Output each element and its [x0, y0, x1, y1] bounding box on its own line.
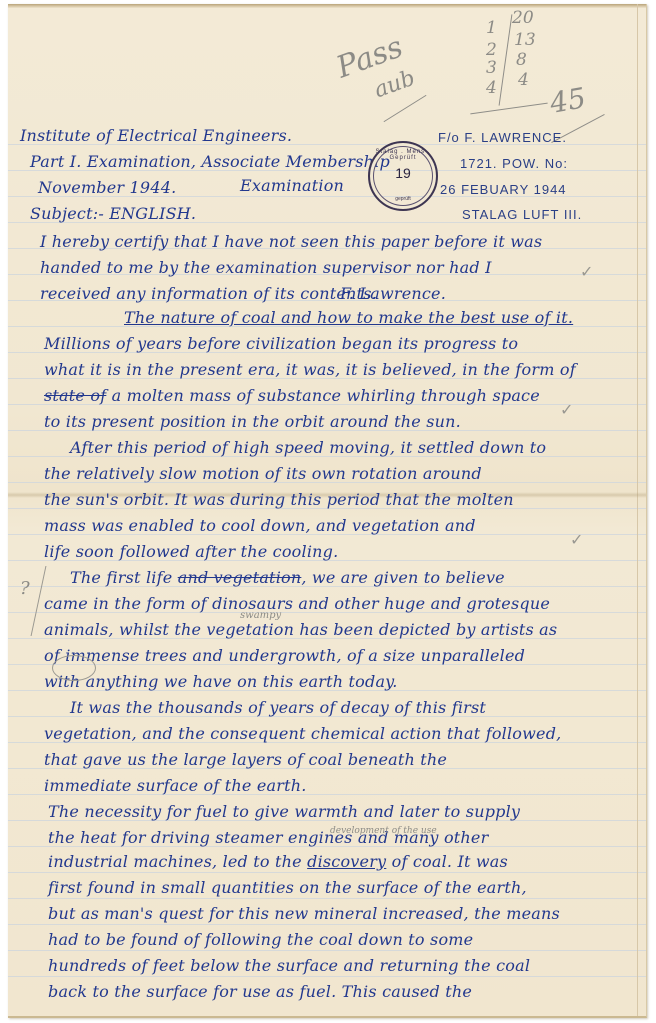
checkmark-icon: ✓ [570, 530, 583, 549]
stamp-number: 19 [370, 165, 436, 181]
essay-line: industrial machines, led to the discover… [48, 852, 508, 871]
essay-line: life soon followed after the cooling. [44, 542, 338, 561]
certification-line: I hereby certify that I have not seen th… [40, 232, 542, 251]
ruled-line [8, 872, 646, 873]
exam-subject: Subject:- ENGLISH. [30, 204, 196, 223]
essay-line: the sun's orbit. It was during this peri… [44, 490, 514, 509]
ruled-line [8, 924, 646, 925]
margin-note-development: development of the use [330, 826, 437, 836]
essay-title: The nature of coal and how to make the b… [124, 308, 573, 327]
stamp-ring-text: Stalag . Mens . Geprüft [370, 149, 436, 161]
essay-line: what it is in the present era, it was, i… [44, 360, 576, 379]
essay-text: of coal. It was [392, 852, 508, 871]
right-margin-line [637, 4, 638, 1016]
essay-line: The first life and vegetation, we are gi… [70, 568, 505, 587]
essay-line: had to be found of following the coal do… [48, 930, 473, 949]
essay-line: Millions of years before civilization be… [44, 334, 518, 353]
struck-text: state of [44, 386, 106, 405]
struck-text: and vegetation [178, 568, 302, 587]
essay-text: industrial machines, led to the [48, 852, 302, 871]
score-question: 4 [486, 78, 497, 98]
essay-line: animals, whilst the vegetation has been … [44, 620, 557, 639]
score-question: 2 [486, 40, 497, 60]
essay-line: that gave us the large layers of coal be… [44, 750, 447, 769]
exam-session: November 1944. [38, 178, 176, 197]
essay-line: with anything we have on this earth toda… [44, 672, 398, 691]
essay-line: hundreds of feet below the surface and r… [48, 956, 530, 975]
essay-line: came in the form of dinosaurs and other … [44, 594, 550, 613]
score-question: 3 [486, 58, 497, 78]
essay-line: state of a molten mass of substance whir… [44, 386, 540, 405]
candidate-signature: F. Lawrence. [340, 284, 446, 303]
pow-number: 1721. POW. No: [460, 156, 568, 171]
essay-line: After this period of high speed moving, … [70, 438, 546, 457]
institution-name: Institute of Electrical Engineers. [20, 126, 292, 145]
exam-date: 26 FEBUARY 1944 [440, 182, 567, 197]
margin-query-mark: ? [20, 578, 30, 599]
essay-line: It was the thousands of years of decay o… [70, 698, 486, 717]
certification-line: received any information of its contents… [40, 284, 377, 303]
essay-line: to its present position in the orbit aro… [44, 412, 461, 431]
camp-name: STALAG LUFT III. [462, 207, 582, 222]
underlined-word: discovery [307, 852, 386, 871]
essay-text: The first [70, 568, 141, 587]
censor-stamp: Stalag . Mens . Geprüft 19 geprüft [368, 141, 438, 211]
essay-line: of immense trees and undergrowth, of a s… [44, 646, 525, 665]
ruled-line [8, 950, 646, 951]
checkmark-icon: ✓ [580, 262, 593, 281]
margin-note-swampy: swampy [240, 610, 281, 621]
score-mark: 20 [512, 8, 534, 28]
essay-line: vegetation, and the consequent chemical … [44, 724, 561, 743]
ruled-line [8, 898, 646, 899]
pencil-circle-mark [52, 655, 96, 681]
exam-part: Part I. Examination, Associate Membershi… [30, 152, 390, 171]
inserted-word: life [146, 568, 172, 587]
essay-line: the relatively slow motion of its own ro… [44, 464, 482, 483]
ruled-line [8, 976, 646, 977]
score-question: 1 [486, 18, 497, 38]
score-mark: 13 [514, 30, 536, 50]
score-mark: 8 [516, 50, 527, 70]
exam-label: Examination [240, 176, 344, 195]
essay-line: The necessity for fuel to give warmth an… [48, 802, 520, 821]
certification-line: handed to me by the examination supervis… [40, 258, 492, 277]
essay-line: first found in small quantities on the s… [48, 878, 527, 897]
essay-line-text: a molten mass of substance whirling thro… [112, 386, 540, 405]
essay-line: mass was enabled to cool down, and veget… [44, 516, 476, 535]
score-mark: 4 [518, 70, 529, 90]
candidate-name: F/o F. LAWRENCE. [438, 130, 567, 145]
score-total: 45 [547, 81, 588, 120]
stamp-bottom-text: geprüft [370, 196, 436, 202]
essay-line: but as man's quest for this new mineral … [48, 904, 560, 923]
checkmark-icon: ✓ [560, 400, 573, 419]
essay-line: back to the surface for use as fuel. Thi… [48, 982, 472, 1001]
essay-line: immediate surface of the earth. [44, 776, 307, 795]
